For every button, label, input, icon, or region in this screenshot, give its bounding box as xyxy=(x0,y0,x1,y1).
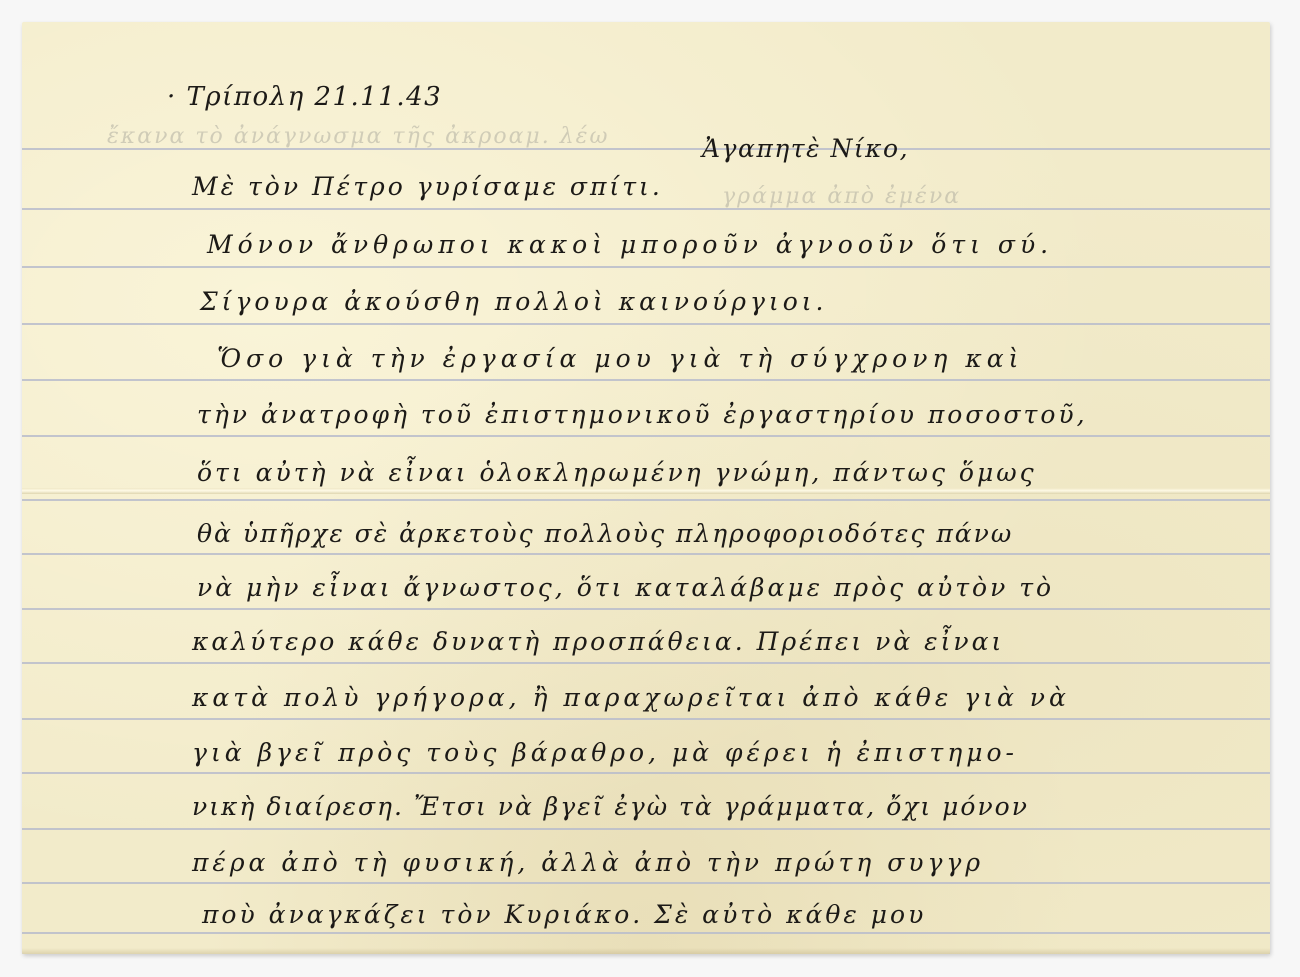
bleed-through-text: ἔκανα τὸ ἀνάγνωσμα τῆς ἀκροαμ. λέω xyxy=(107,124,609,149)
torn-bottom-edge xyxy=(22,948,1270,954)
body-line: τὴν ἀνατροφὴ τοῦ ἐπιστημονικοῦ ἐργαστηρί… xyxy=(197,400,1088,429)
ruled-line xyxy=(22,718,1270,720)
ruled-line xyxy=(22,435,1270,437)
ruled-line xyxy=(22,932,1270,934)
ruled-line xyxy=(22,772,1270,774)
ruled-line xyxy=(22,882,1270,884)
body-line: ποὺ ἀναγκάζει τὸν Κυριάκο. Σὲ αὐτὸ κάθε … xyxy=(202,900,926,929)
ruled-line xyxy=(22,662,1270,664)
body-line: γιὰ βγεῖ πρὸς τοὺς βάραθρο, μὰ φέρει ἡ ἐ… xyxy=(192,738,1018,767)
ruled-line xyxy=(22,266,1270,268)
body-line: νὰ μὴν εἶναι ἄγνωστος, ὅτι καταλάβαμε πρ… xyxy=(197,573,1054,602)
body-line: κατὰ πολὺ γρήγορα, ἢ παραχωρεῖται ἀπὸ κά… xyxy=(192,683,1070,712)
bleed-through-text: γράμμα ἀπὸ ἐμένα xyxy=(722,184,961,209)
place-date: · Τρίπολη 21.11.43 xyxy=(167,82,442,112)
ruled-line xyxy=(22,499,1270,501)
ruled-line xyxy=(22,208,1270,210)
ruled-line xyxy=(22,608,1270,610)
ruled-line xyxy=(22,828,1270,830)
body-line: Σίγουρα ἀκούσθη πολλοὶ καινούργιοι. xyxy=(200,287,828,316)
fold-crease xyxy=(22,488,1270,494)
body-line: Μόνον ἄνθρωποι κακοὶ μποροῦν ἀγνοοῦν ὅτι… xyxy=(207,230,1053,259)
salutation: Ἀγαπητὲ Νίκο, xyxy=(702,134,909,163)
ruled-line xyxy=(22,553,1270,555)
body-line: Ὅσο γιὰ τὴν ἐργασία μου γιὰ τὴ σύγχρονη … xyxy=(217,344,1023,373)
body-line: πέρα ἀπὸ τὴ φυσική, ἀλλὰ ἀπὸ τὴν πρώτη σ… xyxy=(192,848,984,877)
ruled-line xyxy=(22,323,1270,325)
body-line: θὰ ὑπῆρχε σὲ ἀρκετοὺς πολλοὺς πληροφοριο… xyxy=(197,519,1013,548)
body-line: νικὴ διαίρεση. Ἔτσι νὰ βγεῖ ἐγὼ τὰ γράμμ… xyxy=(192,792,1029,821)
ruled-line xyxy=(22,379,1270,381)
letter-paper: ἔκανα τὸ ἀνάγνωσμα τῆς ἀκροαμ. λέω γράμμ… xyxy=(22,22,1270,954)
body-line: Μὲ τὸν Πέτρο γυρίσαμε σπίτι. xyxy=(192,172,663,201)
body-line: καλύτερο κάθε δυνατὴ προσπάθεια. Πρέπει … xyxy=(192,627,1004,656)
body-line: ὅτι αὐτὴ νὰ εἶναι ὁλοκληρωμένη γνώμη, πά… xyxy=(197,458,1037,487)
